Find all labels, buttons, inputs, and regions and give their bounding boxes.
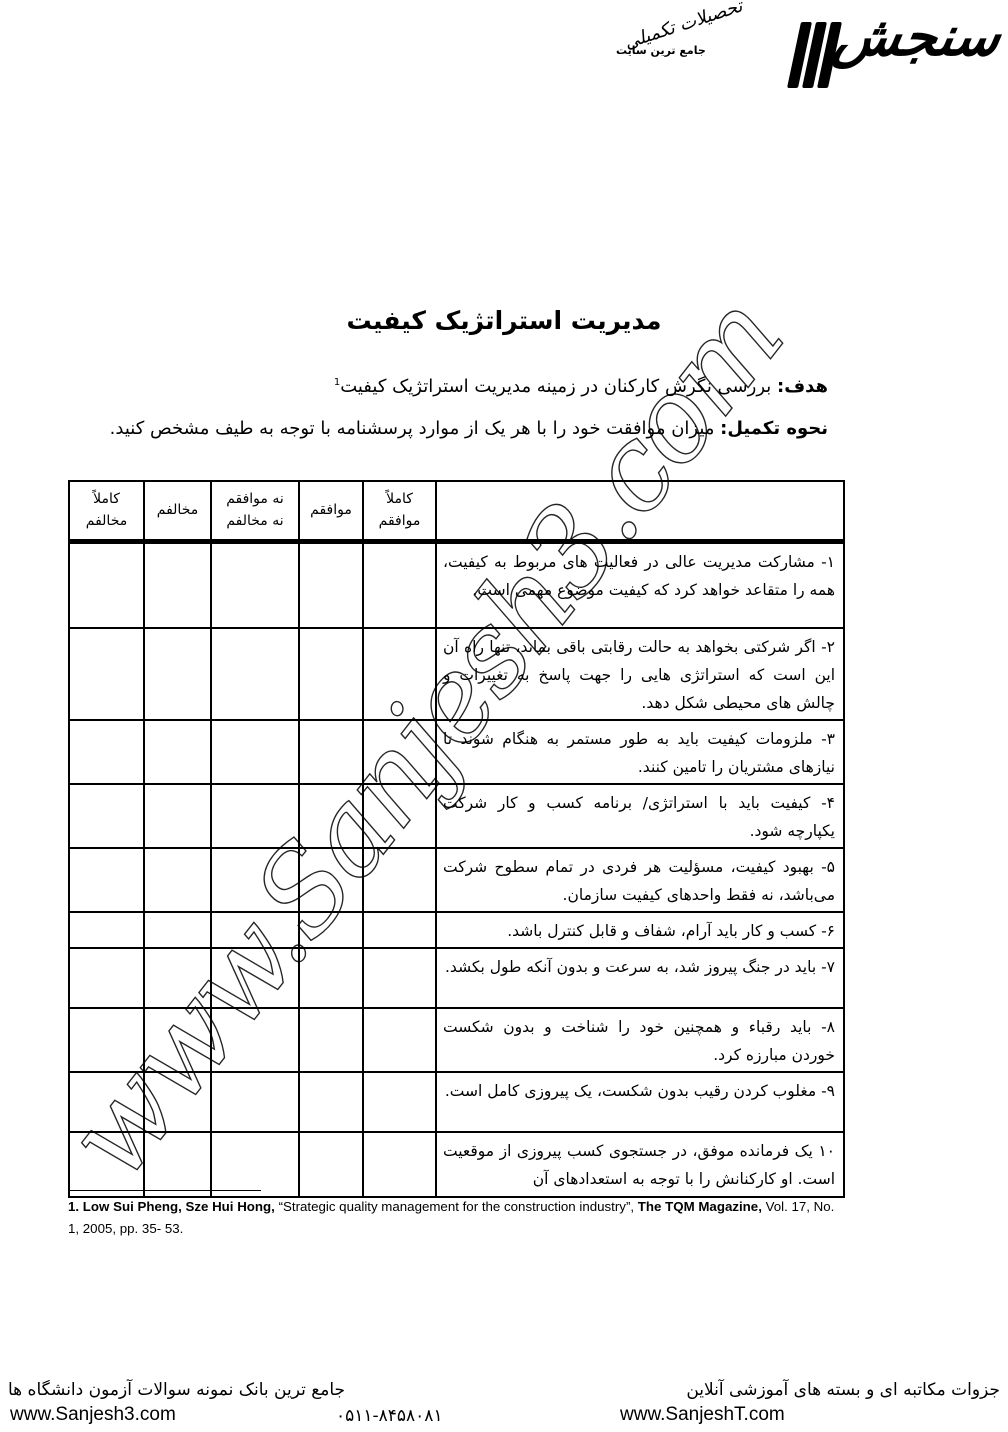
response-cell-disagree[interactable] <box>144 784 211 848</box>
response-cell-strongly-disagree[interactable] <box>69 1072 144 1132</box>
response-cell-strongly-agree[interactable] <box>363 1008 436 1072</box>
response-cell-strongly-disagree[interactable] <box>69 628 144 720</box>
footer-left-text: جامع ترین بانک نمونه سوالات آزمون دانشگا… <box>8 1380 345 1400</box>
statement-cell: ۵- بهبود کیفیت، مسؤلیت هر فردی در تمام س… <box>436 848 844 912</box>
column-header-disagree: مخالفم <box>144 481 211 541</box>
footer-left-url[interactable]: www.Sanjesh3.com <box>10 1404 176 1426</box>
footnote-authors: Low Sui Pheng, Sze Hui Hong, <box>83 1199 275 1214</box>
response-cell-neutral[interactable] <box>211 912 299 948</box>
response-cell-agree[interactable] <box>299 848 363 912</box>
column-header-strongly-agree: کاملاًموافقم <box>363 481 436 541</box>
response-cell-agree[interactable] <box>299 541 363 628</box>
response-cell-neutral[interactable] <box>211 784 299 848</box>
statement-cell: ۲- اگر شرکتی بخواهد به حالت رقابتی باقی … <box>436 628 844 720</box>
table-row: ۶- کسب و کار باید آرام، شفاف و قابل کنتر… <box>69 912 844 948</box>
response-cell-disagree[interactable] <box>144 1072 211 1132</box>
table-row: ۲- اگر شرکتی بخواهد به حالت رقابتی باقی … <box>69 628 844 720</box>
statement-cell: ۹- مغلوب کردن رقیب بدون شکست، یک پیروزی … <box>436 1072 844 1132</box>
table-row: ۱- مشارکت مدیریت عالی در فعالیت های مربو… <box>69 541 844 628</box>
instructions-label: نحوه تکمیل: <box>720 418 828 439</box>
statement-cell: ۸- باید رقباء و همچنین خود را شناخت و بد… <box>436 1008 844 1072</box>
table-row: ۹- مغلوب کردن رقیب بدون شکست، یک پیروزی … <box>69 1072 844 1132</box>
response-cell-strongly-disagree[interactable] <box>69 948 144 1008</box>
response-cell-strongly-agree[interactable] <box>363 628 436 720</box>
response-cell-disagree[interactable] <box>144 720 211 784</box>
goal-text: بررسی نگرش کارکنان در زمینه مدیریت استرا… <box>340 376 777 397</box>
statement-cell: ۳- ملزومات کیفیت باید به طور مستمر به هن… <box>436 720 844 784</box>
questionnaire-table: کاملاًموافقم موافقم نه موافقمنه مخالفم م… <box>68 480 845 1198</box>
page-title: مدیریت استراتژیک کیفیت <box>0 306 1008 335</box>
response-cell-disagree[interactable] <box>144 948 211 1008</box>
response-cell-strongly-disagree[interactable] <box>69 1008 144 1072</box>
footnote-journal: The TQM Magazine, <box>638 1199 762 1214</box>
statement-cell: ۷- باید در جنگ پیروز شد، به سرعت و بدون … <box>436 948 844 1008</box>
instructions-text: میزان موافقت خود را با هر یک از موارد پر… <box>110 418 721 439</box>
response-cell-neutral[interactable] <box>211 848 299 912</box>
response-cell-agree[interactable] <box>299 948 363 1008</box>
column-header-strongly-disagree: کاملاًمخالفم <box>69 481 144 541</box>
statement-cell: ۱۰ یک فرمانده موفق، در جستجوی کسب پیروزی… <box>436 1132 844 1197</box>
response-cell-strongly-disagree[interactable] <box>69 784 144 848</box>
response-cell-neutral[interactable] <box>211 628 299 720</box>
instructions-paragraph: نحوه تکمیل: میزان موافقت خود را با هر یک… <box>110 418 828 439</box>
response-cell-agree[interactable] <box>299 720 363 784</box>
response-cell-strongly-agree[interactable] <box>363 948 436 1008</box>
response-cell-neutral[interactable] <box>211 948 299 1008</box>
response-cell-neutral[interactable] <box>211 1072 299 1132</box>
response-cell-disagree[interactable] <box>144 912 211 948</box>
logo-brand-text: سنجش <box>829 4 1006 68</box>
response-cell-neutral[interactable] <box>211 1132 299 1197</box>
response-cell-strongly-disagree[interactable] <box>69 912 144 948</box>
table-row: ۷- باید در جنگ پیروز شد، به سرعت و بدون … <box>69 948 844 1008</box>
table-header-row: کاملاًموافقم موافقم نه موافقمنه مخالفم م… <box>69 481 844 541</box>
site-logo: سنجش جامع ترین سایت تحصیلات تکمیلی <box>600 0 1008 100</box>
response-cell-agree[interactable] <box>299 1008 363 1072</box>
footnote-title: “Strategic quality management for the co… <box>279 1199 635 1214</box>
response-cell-agree[interactable] <box>299 1132 363 1197</box>
footer-phone: ۰۵۱۱-۸۴۵۸۰۸۱ <box>336 1406 443 1426</box>
response-cell-neutral[interactable] <box>211 541 299 628</box>
response-cell-strongly-agree[interactable] <box>363 1072 436 1132</box>
table-row: ۴- کیفیت باید با استراتژی/ برنامه کسب و … <box>69 784 844 848</box>
table-row: ۸- باید رقباء و همچنین خود را شناخت و بد… <box>69 1008 844 1072</box>
table-row: ۵- بهبود کیفیت، مسؤلیت هر فردی در تمام س… <box>69 848 844 912</box>
response-cell-neutral[interactable] <box>211 1008 299 1072</box>
response-cell-strongly-agree[interactable] <box>363 720 436 784</box>
statement-cell: ۱- مشارکت مدیریت عالی در فعالیت های مربو… <box>436 541 844 628</box>
response-cell-strongly-agree[interactable] <box>363 541 436 628</box>
response-cell-disagree[interactable] <box>144 1008 211 1072</box>
response-cell-disagree[interactable] <box>144 628 211 720</box>
column-header-neutral: نه موافقمنه مخالفم <box>211 481 299 541</box>
response-cell-disagree[interactable] <box>144 541 211 628</box>
response-cell-agree[interactable] <box>299 784 363 848</box>
response-cell-strongly-disagree[interactable] <box>69 541 144 628</box>
response-cell-strongly-agree[interactable] <box>363 1132 436 1197</box>
footer-right-text: جزوات مکاتبه ای و بسته های آموزشی آنلاین <box>686 1380 1000 1400</box>
footnote-divider <box>68 1190 261 1191</box>
response-cell-strongly-disagree[interactable] <box>69 848 144 912</box>
logo-mark-icon <box>790 22 840 92</box>
response-cell-agree[interactable] <box>299 912 363 948</box>
footnote-number: 1. <box>68 1199 79 1214</box>
response-cell-disagree[interactable] <box>144 1132 211 1197</box>
goal-label: هدف: <box>777 376 828 397</box>
response-cell-strongly-disagree[interactable] <box>69 1132 144 1197</box>
statement-cell: ۴- کیفیت باید با استراتژی/ برنامه کسب و … <box>436 784 844 848</box>
response-cell-strongly-agree[interactable] <box>363 784 436 848</box>
response-cell-disagree[interactable] <box>144 848 211 912</box>
column-header-statement <box>436 481 844 541</box>
footnote: 1. Low Sui Pheng, Sze Hui Hong, “Strateg… <box>68 1196 843 1240</box>
response-cell-agree[interactable] <box>299 1072 363 1132</box>
goal-paragraph: هدف: بررسی نگرش کارکنان در زمینه مدیریت … <box>334 376 828 397</box>
response-cell-agree[interactable] <box>299 628 363 720</box>
statement-cell: ۶- کسب و کار باید آرام، شفاف و قابل کنتر… <box>436 912 844 948</box>
column-header-agree: موافقم <box>299 481 363 541</box>
footer-right-url[interactable]: www.SanjeshT.com <box>620 1404 785 1426</box>
table-row: ۱۰ یک فرمانده موفق، در جستجوی کسب پیروزی… <box>69 1132 844 1197</box>
response-cell-neutral[interactable] <box>211 720 299 784</box>
response-cell-strongly-agree[interactable] <box>363 848 436 912</box>
response-cell-strongly-agree[interactable] <box>363 912 436 948</box>
response-cell-strongly-disagree[interactable] <box>69 720 144 784</box>
table-row: ۳- ملزومات کیفیت باید به طور مستمر به هن… <box>69 720 844 784</box>
